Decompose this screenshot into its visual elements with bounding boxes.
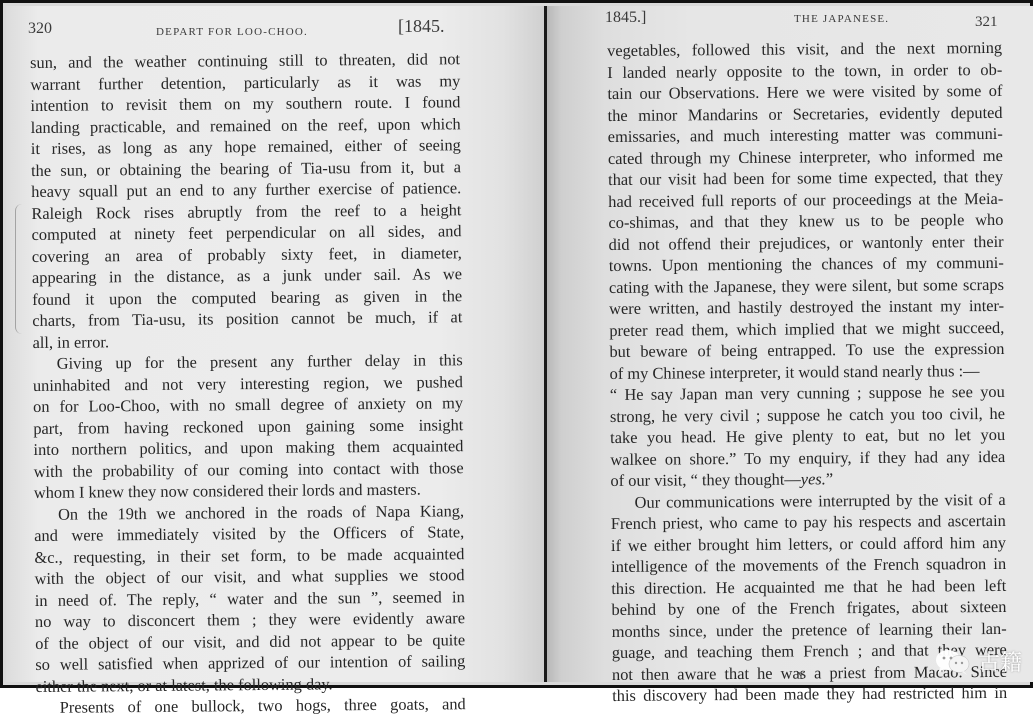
text-line: and were immediately visited by the Offi… <box>34 521 464 546</box>
right-page: 1845.] THE JAPANESE. 321 vegetables, fol… <box>547 6 1033 682</box>
text-line: strong, he very civil ; suppose he catch… <box>610 402 1005 427</box>
text-line: cated through my Chinese interpreter, wh… <box>608 144 1003 169</box>
text-line: tain our Observations. Here we were visi… <box>607 80 1002 105</box>
text-line: vegetables, followed this visit, and the… <box>607 37 1002 62</box>
text-line: walkee on shore.” To my enquiry, if they… <box>610 445 1005 470</box>
text-line: into northern politics, and upon making … <box>33 435 463 460</box>
text-line: French priest, who came to pay his respe… <box>611 510 1006 535</box>
text-line: cating with the Japanese, they were sile… <box>609 273 1004 298</box>
text-line: intention to revisit them on my southern… <box>30 91 460 116</box>
text-line: behind by one of the French frigates, ab… <box>611 596 1006 621</box>
text-line: appearing in the distance, as a junk und… <box>32 263 462 288</box>
right-running-title: THE JAPANESE. <box>794 13 889 25</box>
text-line: it rises, as long as any hope remained, … <box>31 134 461 159</box>
left-page-number: 320 <box>28 20 52 38</box>
text-line: that our visit had been for some time ex… <box>608 166 1003 191</box>
left-running-title: DEPART FOR LOO-CHOO. <box>156 26 308 38</box>
text-line: if we either brought him letters, or cou… <box>611 531 1006 556</box>
text-line: the minor Mandarins or Secretaries, evid… <box>608 101 1003 126</box>
text-line: preter read them, which implied that we … <box>609 316 1004 341</box>
text-line: I landed nearly opposite to the town, in… <box>607 58 1002 83</box>
text-line: with the object of our visit, and what s… <box>35 564 465 589</box>
text-line: Giving up for the present any further de… <box>33 349 463 374</box>
left-page: 320 DEPART FOR LOO-CHOO. [1845. sun, and… <box>6 6 546 682</box>
text-line: had received full reports of our proceed… <box>608 187 1003 212</box>
right-page-number: 321 <box>975 14 998 31</box>
text-line: computed at ninety feet perpendicular on… <box>32 220 462 245</box>
pencil-margin-mark <box>15 204 22 334</box>
text-line: whom I knew they now considered their lo… <box>34 478 464 503</box>
text-line: co-shimas, and that they knew us to be p… <box>608 209 1003 234</box>
watermark: 古籍 <box>934 646 1022 677</box>
text-line: did not offend their prejudices, or want… <box>609 230 1004 255</box>
right-running-year: 1845.] <box>605 9 646 27</box>
text-line: emissaries, and much interesting matter … <box>608 123 1003 148</box>
text-line: of my Chinese interpreter, it would stan… <box>610 359 1005 384</box>
text-line: no way to disconcert them ; they were ev… <box>35 607 465 632</box>
text-line: Our communications were interrupted by t… <box>611 488 1006 513</box>
text-line: “ He say Japan man very cunning ; suppos… <box>610 381 1005 406</box>
text-line: sun, and the weather continuing still to… <box>30 48 460 73</box>
text-line: on for Loo-Choo, with no small degree of… <box>33 392 463 417</box>
wechat-icon <box>934 648 972 676</box>
signature-mark: Y <box>797 670 805 682</box>
text-line: but beware of being entrapped. To use th… <box>609 338 1004 363</box>
left-page-body: sun, and the weather continuing still to… <box>30 48 466 688</box>
watermark-text: 古籍 <box>978 646 1022 677</box>
text-line: intelligence of the movements of the Fre… <box>611 553 1006 578</box>
book-spread-frame: 320 DEPART FOR LOO-CHOO. [1845. sun, and… <box>0 0 1033 688</box>
text-line: so well satisfied when apprized of our i… <box>35 650 465 675</box>
text-line: take you head. He give plenty to eat, bu… <box>610 424 1005 449</box>
right-page-body: vegetables, followed this visit, and the… <box>607 37 1007 688</box>
text-line: charts, from Tia-usu, its position canno… <box>32 306 462 331</box>
left-running-year: [1845. <box>398 16 445 37</box>
text-line: months since, under the pretence of lear… <box>612 617 1007 642</box>
text-line: towns. Upon mentioning the chances of my… <box>609 252 1004 277</box>
text-line: heavy squall put an end to any further e… <box>31 177 461 202</box>
text-line: were written, and hastily destroyed the … <box>609 295 1004 320</box>
text-line: this direction. He acquainted me that he… <box>611 574 1006 599</box>
text-line: of our visit, “ they thought—yes.” <box>610 467 1005 492</box>
